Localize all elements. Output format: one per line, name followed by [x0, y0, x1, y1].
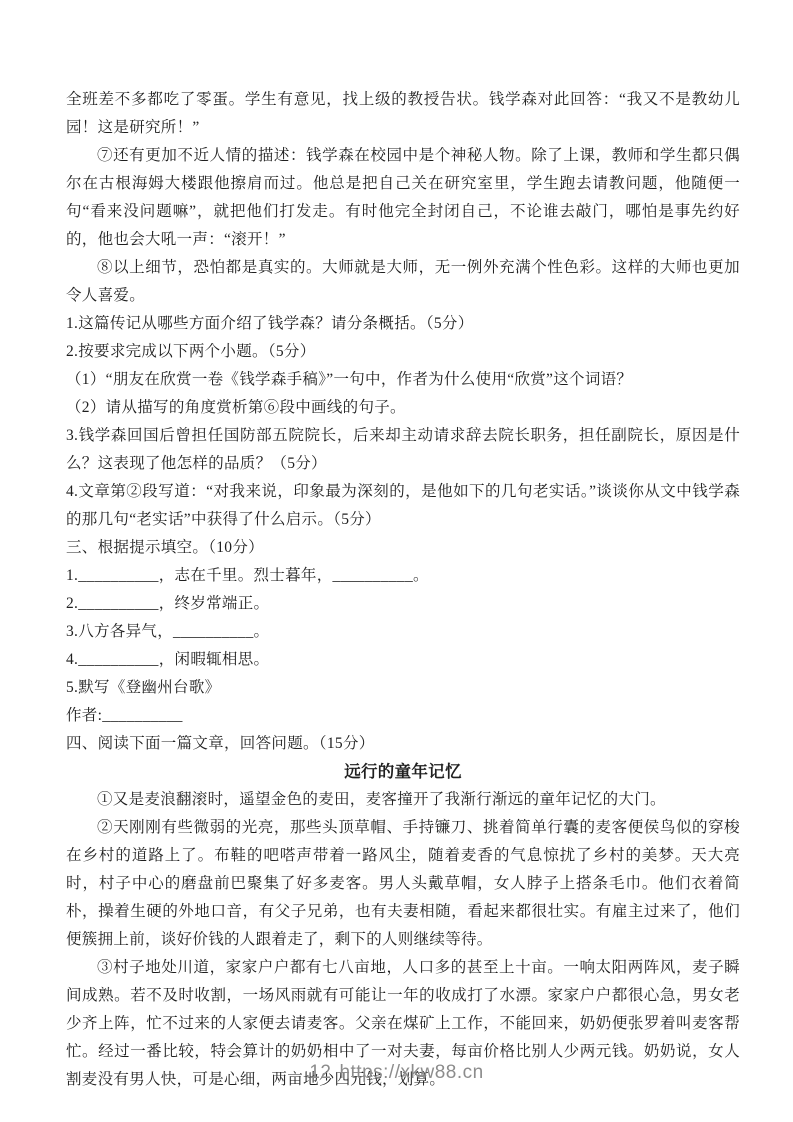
fill-blank-item: 4.__________，闲暇辄相思。: [66, 646, 740, 674]
question-item: （1）“朋友在欣赏一卷《钱学森手稿》”一句中，作者为什么使用“欣赏”这个词语？: [66, 366, 740, 394]
fill-blank-item: 5.默写《登幽州台歌》: [66, 674, 740, 702]
body-paragraph: ⑧以上细节，恐怕都是真实的。大师就是大师，无一例外充满个性色彩。这样的大师也更加…: [66, 254, 740, 310]
body-paragraph: ②天刚刚有些微弱的光亮，那些头顶草帽、手持镰刀、挑着简单行囊的麦客便侯鸟似的穿梭…: [66, 814, 740, 954]
body-paragraph: ⑦还有更加不近人情的描述：钱学森在校园中是个神秘人物。除了上课，教师和学生都只偶…: [66, 142, 740, 254]
question-item: 4.文章第②段写道：“对我来说，印象最为深刻的，是他如下的几句老实话。”谈谈你从…: [66, 478, 740, 534]
page-footer: 12https://xkw88.cn: [0, 1062, 793, 1084]
question-item: （2）请从描写的角度赏析第⑥段中画线的句子。: [66, 394, 740, 422]
fill-blank-item: 3.八方各异气，__________。: [66, 618, 740, 646]
document-body: 全班差不多都吃了零蛋。学生有意见，找上级的教授告状。钱学森对此回答：“我又不是教…: [66, 86, 740, 1094]
body-paragraph: 全班差不多都吃了零蛋。学生有意见，找上级的教授告状。钱学森对此回答：“我又不是教…: [66, 86, 740, 142]
question-item: 1.这篇传记从哪些方面介绍了钱学森？请分条概括。（5分）: [66, 310, 740, 338]
exam-page: 全班差不多都吃了零蛋。学生有意见，找上级的教授告状。钱学森对此回答：“我又不是教…: [0, 0, 793, 1122]
fill-blank-item: 作者:__________: [66, 702, 740, 730]
fill-blank-item: 2.__________，终岁常端正。: [66, 590, 740, 618]
section-heading: 三、根据提示填空。（10分）: [66, 534, 740, 562]
footer-url: https://xkw88.cn: [339, 1062, 483, 1084]
body-paragraph: ①又是麦浪翻滚时，遥望金色的麦田，麦客撞开了我渐行渐远的童年记忆的大门。: [66, 786, 740, 814]
article-title: 远行的童年记忆: [66, 758, 740, 786]
question-item: 3.钱学森回国后曾担任国防部五院院长，后来却主动请求辞去院长职务，担任副院长，原…: [66, 422, 740, 478]
question-item: 2.按要求完成以下两个小题。（5分）: [66, 338, 740, 366]
fill-blank-item: 1.__________，志在千里。烈士暮年，__________。: [66, 562, 740, 590]
section-heading: 四、阅读下面一篇文章，回答问题。（15分）: [66, 730, 740, 758]
page-number: 12: [309, 1062, 331, 1084]
